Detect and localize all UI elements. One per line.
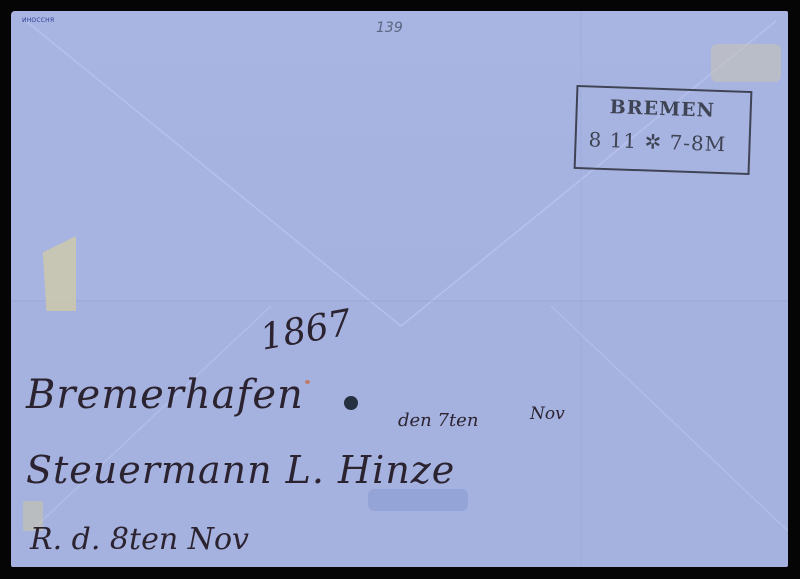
handwritten-sender: Steuermann L. Hinze <box>26 448 455 492</box>
handwritten-place: Bremerhafen <box>26 372 304 418</box>
scan-label: ИНОССНЯ <box>22 17 54 24</box>
handwritten-month: Nov <box>530 404 565 424</box>
pencil-notation: 139 <box>376 20 403 36</box>
postmark-city: BREMEN <box>609 96 715 122</box>
bremen-postmark: BREMEN 8 11 ✲ 7-8M <box>574 85 753 175</box>
postmark-date: 8 11 ✲ 7-8M <box>588 127 726 156</box>
ink-blot <box>344 396 358 410</box>
handwritten-date: den 7ten <box>398 410 478 431</box>
hinge-remnant-top-right <box>711 44 781 82</box>
handwritten-received: R. d. 8ten Nov <box>30 522 249 557</box>
faint-stain <box>368 489 468 511</box>
red-spot <box>305 380 310 384</box>
